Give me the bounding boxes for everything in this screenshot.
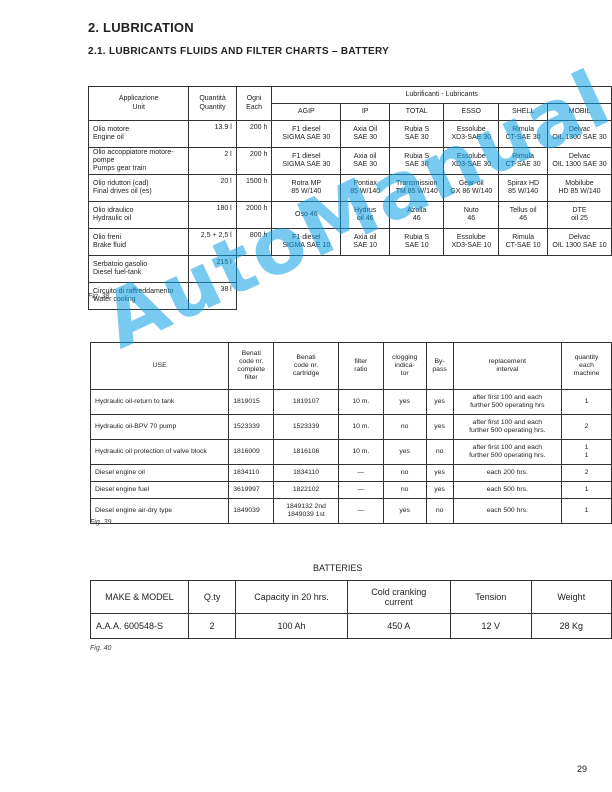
complete-code-cell: 1523339 bbox=[229, 415, 274, 440]
lubricant-esso: EssolubeXD3-SAE 30 bbox=[444, 121, 499, 148]
battery-header-2: Capacity in 20 hrs. bbox=[236, 581, 347, 614]
bypass-cell: yes bbox=[426, 482, 453, 499]
lubricant-mobil: DTEoil 25 bbox=[548, 202, 612, 229]
table-row: Diesel engine oil18341101834110—noyeseac… bbox=[91, 465, 612, 482]
lubricants-table: ApplicazioneUnitQuantitàQuantityOgniEach… bbox=[88, 86, 612, 310]
interval-cell: after first 100 and eachfurther 500 oper… bbox=[453, 390, 562, 415]
qty-cell: 1 bbox=[562, 482, 612, 499]
use-cell: Hydraulic oil-BPV 70 pump bbox=[91, 415, 229, 440]
battery-table: MAKE & MODELQ.tyCapacity in 20 hrs.Cold … bbox=[90, 580, 612, 639]
clogging-cell: no bbox=[383, 415, 426, 440]
quantity-cell: 180 l bbox=[189, 202, 236, 229]
quantity-cell: 38 l bbox=[189, 283, 236, 310]
battery-header-0: MAKE & MODEL bbox=[91, 581, 189, 614]
table-row: Serbatoio gasolioDiesel fuel-tank215 l bbox=[89, 256, 612, 283]
filter-header-7: quantityeachmachine bbox=[562, 343, 612, 390]
filter-header-0: USE bbox=[91, 343, 229, 390]
each-cell: 2000 h bbox=[236, 202, 272, 229]
use-cell: Diesel engine oil bbox=[91, 465, 229, 482]
lubricant-ip: Hydrusoil 46 bbox=[341, 202, 390, 229]
ratio-cell: 10 m. bbox=[338, 440, 383, 465]
lubricant-shell: Spirax HD85 W/140 bbox=[499, 175, 548, 202]
subsection-heading: 2.1. LUBRICANTS FLUIDS AND FILTER CHARTS… bbox=[88, 46, 389, 57]
interval-cell: each 500 hrs. bbox=[453, 482, 562, 499]
use-cell: Hydraulic oil protection of valve block bbox=[91, 440, 229, 465]
use-cell: Hydraulic oil-return to tank bbox=[91, 390, 229, 415]
table-row: Olio accoppiatore motore-pompePumps gear… bbox=[89, 148, 612, 175]
empty-cell bbox=[236, 283, 611, 310]
battery-cell-3: 450 A bbox=[347, 614, 450, 639]
unit-cell: Olio accoppiatore motore-pompePumps gear… bbox=[89, 148, 189, 175]
header-brand-shell: SHELL bbox=[499, 104, 548, 121]
quantity-cell: 215 l bbox=[189, 256, 236, 283]
lubricant-total: Rubia SSAE 10 bbox=[390, 229, 444, 256]
complete-code-cell: 1819015 bbox=[229, 390, 274, 415]
header-brand-total: TOTAL bbox=[390, 104, 444, 121]
lubricant-total: Azolla46 bbox=[390, 202, 444, 229]
quantity-cell: 20 l bbox=[189, 175, 236, 202]
lubricant-shell: RimulaCT-SAE 30 bbox=[499, 148, 548, 175]
header-application: ApplicazioneUnit bbox=[89, 87, 189, 121]
lubricant-mobil: MobilubeHD 85 W/140 bbox=[548, 175, 612, 202]
bypass-cell: no bbox=[426, 499, 453, 524]
fig-40-caption: Fig. 40 bbox=[90, 645, 111, 652]
lubricant-ip: Axia oilSAE 10 bbox=[341, 229, 390, 256]
battery-cell-4: 12 V bbox=[451, 614, 532, 639]
unit-cell: Olio riduttori (cad)Final drives oil (es… bbox=[89, 175, 189, 202]
qty-cell: 2 bbox=[562, 415, 612, 440]
lubricant-total: Rubia SSAE 30 bbox=[390, 148, 444, 175]
unit-cell: Serbatoio gasolioDiesel fuel-tank bbox=[89, 256, 189, 283]
cartridge-code-cell: 1849132 2nd1849039 1st bbox=[274, 499, 339, 524]
clogging-cell: yes bbox=[383, 499, 426, 524]
cartridge-code-cell: 1822102 bbox=[274, 482, 339, 499]
unit-cell: Olio freniBrake fluid bbox=[89, 229, 189, 256]
table-row: A.A.A. 600548-S2100 Ah450 A12 V28 Kg bbox=[91, 614, 612, 639]
bypass-cell: yes bbox=[426, 465, 453, 482]
bypass-cell: yes bbox=[426, 390, 453, 415]
filter-header-3: filterratio bbox=[338, 343, 383, 390]
each-cell: 200 h bbox=[236, 121, 272, 148]
table-row: Circuito di raffreddamentoWater cooling3… bbox=[89, 283, 612, 310]
use-cell: Diesel engine fuel bbox=[91, 482, 229, 499]
qty-cell: 1 bbox=[562, 499, 612, 524]
lubricant-agip: F1 dieselSIGMA SAE 30 bbox=[272, 148, 341, 175]
complete-code-cell: 3619997 bbox=[229, 482, 274, 499]
battery-header-1: Q.ty bbox=[188, 581, 236, 614]
header-brand-agip: AGIP bbox=[272, 104, 341, 121]
clogging-cell: yes bbox=[383, 440, 426, 465]
cartridge-code-cell: 1523339 bbox=[274, 415, 339, 440]
interval-cell: after first 100 and eachfurther 500 oper… bbox=[453, 415, 562, 440]
battery-cell-5: 28 Kg bbox=[531, 614, 611, 639]
filter-header-1: Benaticode nr.completefilter bbox=[229, 343, 274, 390]
lubricant-agip: F1 dieselSIGMA SAE 10 bbox=[272, 229, 341, 256]
battery-cell-0: A.A.A. 600548-S bbox=[91, 614, 189, 639]
table-row: Hydraulic oil protection of valve block1… bbox=[91, 440, 612, 465]
ratio-cell: — bbox=[338, 499, 383, 524]
filter-header-6: replacementinterval bbox=[453, 343, 562, 390]
table-row: Olio idraulicoHydraulic oil180 l2000 hOs… bbox=[89, 202, 612, 229]
cartridge-code-cell: 1834110 bbox=[274, 465, 339, 482]
unit-cell: Olio idraulicoHydraulic oil bbox=[89, 202, 189, 229]
ratio-cell: 10 m. bbox=[338, 415, 383, 440]
quantity-cell: 2,5 + 2,5 l bbox=[189, 229, 236, 256]
lubricant-agip: Oso 46 bbox=[272, 202, 341, 229]
battery-header-5: Weight bbox=[531, 581, 611, 614]
ratio-cell: — bbox=[338, 465, 383, 482]
lubricant-esso: Nuto46 bbox=[444, 202, 499, 229]
complete-code-cell: 1849039 bbox=[229, 499, 274, 524]
lubricant-shell: RimulaCT-SAE 10 bbox=[499, 229, 548, 256]
clogging-cell: yes bbox=[383, 390, 426, 415]
battery-header-3: Cold crankingcurrent bbox=[347, 581, 450, 614]
lubricant-shell: Tellus oil46 bbox=[499, 202, 548, 229]
table-row: Olio motoreEngine oil13.9 l200 hF1 diese… bbox=[89, 121, 612, 148]
lubricant-agip: F1 dieselSIGMA SAE 30 bbox=[272, 121, 341, 148]
battery-header-4: Tension bbox=[451, 581, 532, 614]
lubricant-mobil: DelvacOIL 1300 SAE 10 bbox=[548, 229, 612, 256]
complete-code-cell: 1816009 bbox=[229, 440, 274, 465]
qty-cell: 11 bbox=[562, 440, 612, 465]
page-number: 29 bbox=[577, 764, 587, 774]
bypass-cell: yes bbox=[426, 415, 453, 440]
batteries-title: BATTERIES bbox=[313, 563, 362, 573]
table-row: Olio riduttori (cad)Final drives oil (es… bbox=[89, 175, 612, 202]
cartridge-code-cell: 1816106 bbox=[274, 440, 339, 465]
lubricant-esso: EssolubeXD3-SAE 30 bbox=[444, 148, 499, 175]
lubricant-ip: Axia OilSAE 30 bbox=[341, 121, 390, 148]
interval-cell: after first 100 and eachfurther 500 oper… bbox=[453, 440, 562, 465]
filter-header-5: By-pass bbox=[426, 343, 453, 390]
quantity-cell: 13.9 l bbox=[189, 121, 236, 148]
table-row: Diesel engine air-dry type18490391849132… bbox=[91, 499, 612, 524]
lubricant-ip: Pontiax85 W/140 bbox=[341, 175, 390, 202]
header-lubricants: Lubrificanti - Lubricants bbox=[272, 87, 612, 104]
header-each: OgniEach bbox=[236, 87, 272, 121]
filter-header-2: Benaticode nr.cartridge bbox=[274, 343, 339, 390]
lubricant-total: Rubia SSAE 30 bbox=[390, 121, 444, 148]
unit-cell: Olio motoreEngine oil bbox=[89, 121, 189, 148]
bypass-cell: no bbox=[426, 440, 453, 465]
lubricant-agip: Rotra MP85 W/140 bbox=[272, 175, 341, 202]
interval-cell: each 200 hrs. bbox=[453, 465, 562, 482]
section-heading: 2. LUBRICATION bbox=[88, 20, 194, 35]
filter-table: USEBenaticode nr.completefilterBenaticod… bbox=[90, 342, 612, 524]
each-cell: 800 h bbox=[236, 229, 272, 256]
lubricant-ip: Axia oilSAE 30 bbox=[341, 148, 390, 175]
table-row: Hydraulic oil-BPV 70 pump152333915233391… bbox=[91, 415, 612, 440]
fig-38-caption: Fig. 38 bbox=[88, 293, 109, 300]
each-cell: 200 h bbox=[236, 148, 272, 175]
table-row: Hydraulic oil-return to tank181901518191… bbox=[91, 390, 612, 415]
quantity-cell: 2 l bbox=[189, 148, 236, 175]
lubricant-mobil: DelvacOIL 1300 SAE 30 bbox=[548, 148, 612, 175]
qty-cell: 1 bbox=[562, 390, 612, 415]
battery-cell-1: 2 bbox=[188, 614, 236, 639]
clogging-cell: no bbox=[383, 465, 426, 482]
ratio-cell: — bbox=[338, 482, 383, 499]
complete-code-cell: 1834110 bbox=[229, 465, 274, 482]
ratio-cell: 10 m. bbox=[338, 390, 383, 415]
lubricant-esso: EssolubeXD3-SAE 10 bbox=[444, 229, 499, 256]
qty-cell: 2 bbox=[562, 465, 612, 482]
lubricant-total: TransmissionTM 85 W/140 bbox=[390, 175, 444, 202]
table-row: Olio freniBrake fluid2,5 + 2,5 l800 hF1 … bbox=[89, 229, 612, 256]
each-cell: 1500 h bbox=[236, 175, 272, 202]
header-brand-ip: IP bbox=[341, 104, 390, 121]
cartridge-code-cell: 1819107 bbox=[274, 390, 339, 415]
lubricant-esso: Gear-oilGX 86 W/140 bbox=[444, 175, 499, 202]
interval-cell: each 500 hrs. bbox=[453, 499, 562, 524]
lubricant-mobil: DelvacOIL 1300 SAE 30 bbox=[548, 121, 612, 148]
fig-39-caption: Fig. 39 bbox=[90, 519, 111, 526]
clogging-cell: no bbox=[383, 482, 426, 499]
header-brand-mobil: MOBIL bbox=[548, 104, 612, 121]
header-quantity: QuantitàQuantity bbox=[189, 87, 236, 121]
header-brand-esso: ESSO bbox=[444, 104, 499, 121]
filter-header-4: cloggingindica-tor bbox=[383, 343, 426, 390]
lubricant-shell: RimulaCT-SAE 30 bbox=[499, 121, 548, 148]
empty-cell bbox=[236, 256, 611, 283]
battery-cell-2: 100 Ah bbox=[236, 614, 347, 639]
table-row: Diesel engine fuel36199971822102—noyesea… bbox=[91, 482, 612, 499]
